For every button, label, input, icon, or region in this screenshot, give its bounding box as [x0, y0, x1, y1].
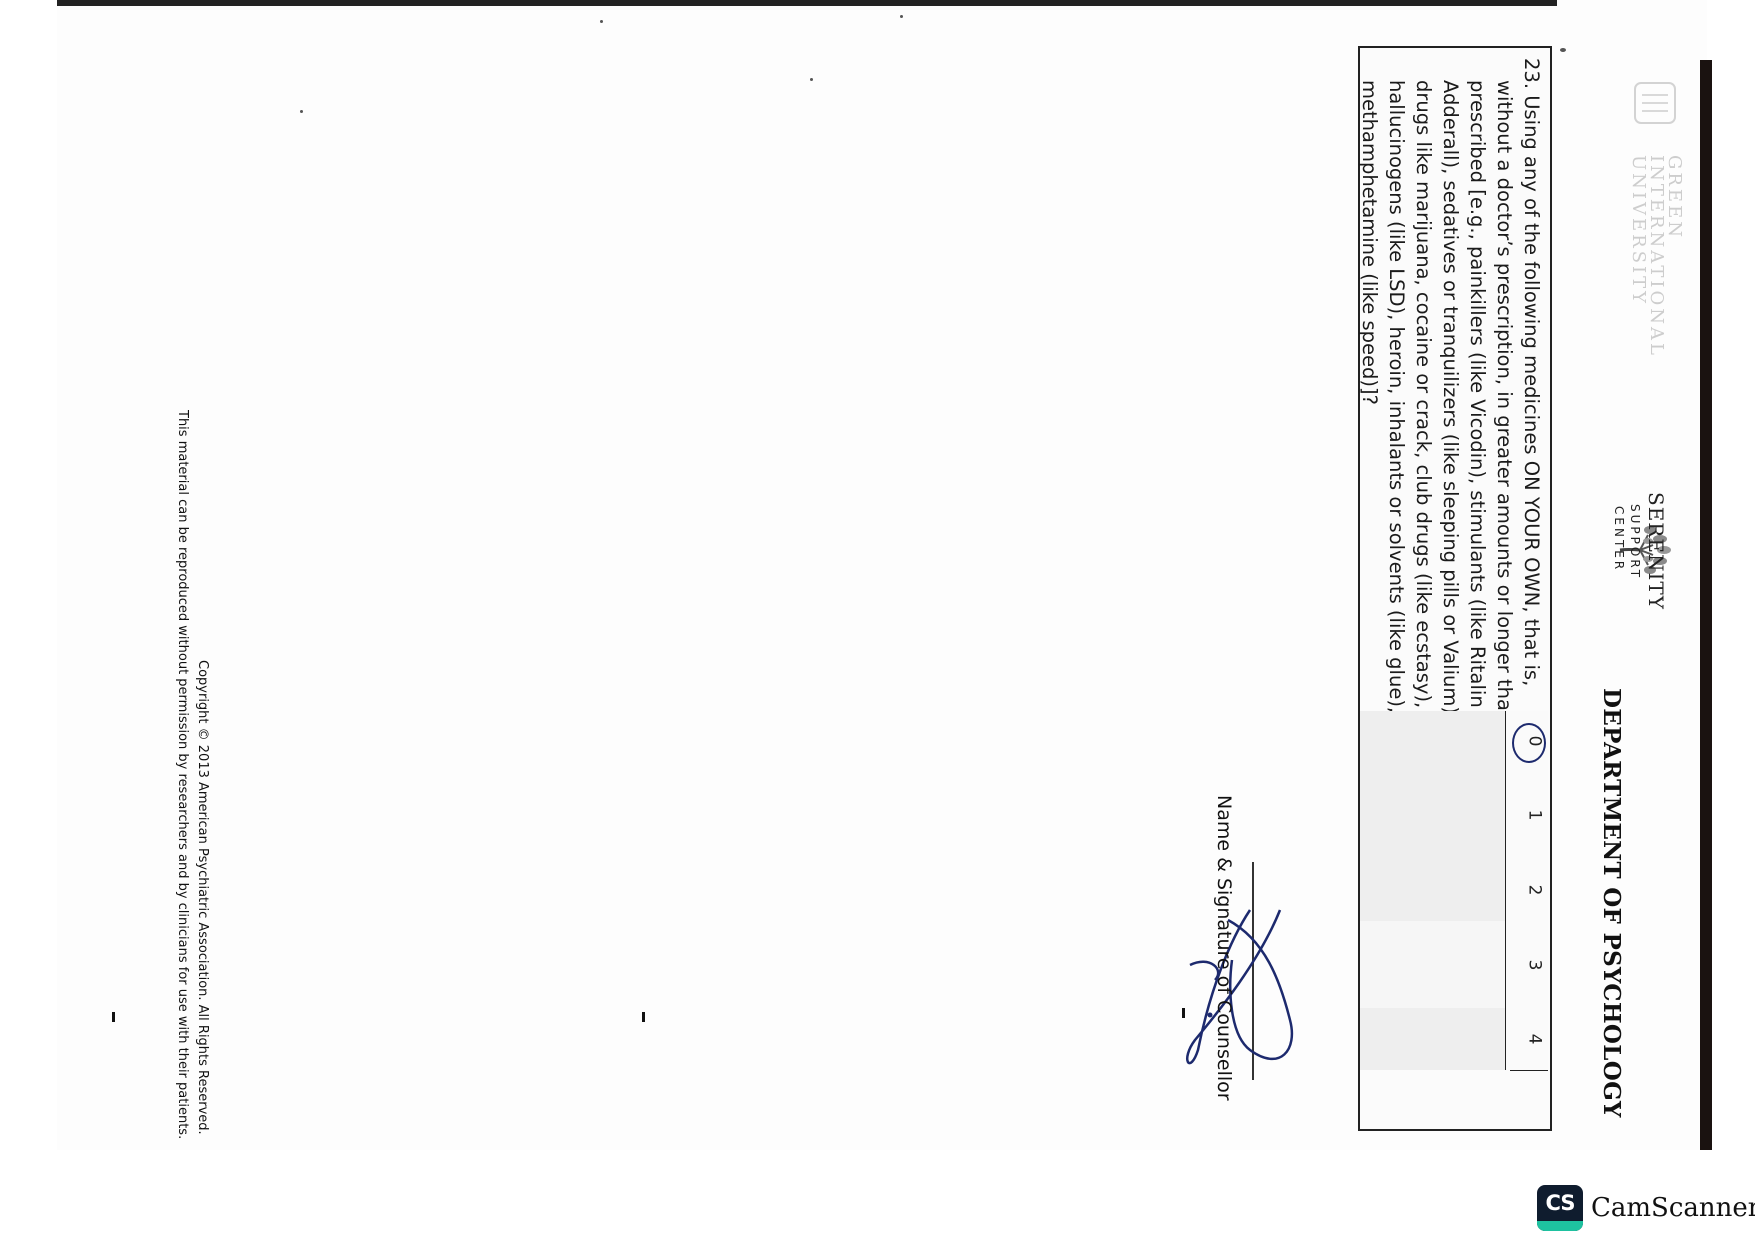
scan-speck: [600, 20, 603, 23]
score-header-1: 1: [1505, 771, 1548, 859]
center-logo-line2: SUPPORT: [1628, 504, 1642, 580]
question-text: 23. Using any of the following medicines…: [1356, 58, 1545, 698]
scan-mark: [112, 1012, 115, 1022]
scan-mark: [642, 1012, 645, 1022]
signature-label: Name & Signature of Counsellor: [1213, 795, 1235, 1101]
question-number: 23.: [1520, 58, 1543, 89]
scan-speck: [1560, 48, 1566, 52]
question-line-4: Adderall), sedatives or tranquilizers (l…: [1437, 58, 1464, 698]
copyright-line-2: This material can be reproduced without …: [175, 410, 190, 1139]
camscanner-logo-icon: CS: [1537, 1185, 1583, 1231]
question-line-7: methamphetamine (like speed)]?: [1356, 58, 1383, 698]
score-label-2: 2: [1525, 885, 1545, 896]
scanned-page: GREEN INTERNATIONAL UNIVERSITY SERENITY …: [0, 0, 1755, 1240]
camscanner-badge-text: CS: [1537, 1191, 1583, 1215]
scan-edge-shadow-right: [1700, 60, 1712, 1150]
score-label-1: 1: [1525, 810, 1545, 821]
score-label-3: 3: [1525, 959, 1545, 970]
university-name-line1: GREEN: [1664, 155, 1685, 240]
score-cell-0[interactable]: 0: [1360, 711, 1548, 772]
university-name-line3: UNIVERSITY: [1628, 155, 1649, 306]
university-emblem-icon: [1630, 75, 1680, 135]
camscanner-badge-band: [1537, 1221, 1583, 1231]
score-header-0: 0: [1505, 711, 1548, 771]
scan-mark: [1182, 1008, 1185, 1018]
copyright-line-1: Copyright © 2013 American Psychiatric As…: [195, 660, 210, 1135]
question-line-1: 23. Using any of the following medicines…: [1518, 58, 1545, 698]
score-header-3: 3: [1505, 921, 1548, 1008]
scan-edge-shadow: [57, 0, 1557, 6]
camscanner-name: CamScanner: [1591, 1193, 1755, 1223]
question-line-6: hallucinogens (like LSD), heroin, inhala…: [1383, 58, 1410, 698]
empty-cell: [1360, 1070, 1510, 1128]
question-table: 23. Using any of the following medicines…: [1358, 46, 1552, 1131]
score-cell-3[interactable]: 3: [1360, 921, 1548, 1009]
score-cell-4[interactable]: 4: [1360, 1008, 1548, 1071]
scan-speck: [810, 78, 813, 81]
university-logo: GREEN INTERNATIONAL UNIVERSITY: [1625, 75, 1685, 355]
camscanner-watermark: CS CamScanner: [1537, 1183, 1755, 1233]
center-logo-line3: CENTER: [1612, 506, 1626, 572]
question-cell: 23. Using any of the following medicines…: [1360, 46, 1548, 713]
score-cell-1[interactable]: 1: [1360, 771, 1548, 860]
center-logo: SERENITY SUPPORT CENTER: [1560, 492, 1680, 612]
score-cell-2[interactable]: 2: [1360, 859, 1548, 922]
question-line-2: without a doctor’s prescription, in grea…: [1491, 58, 1518, 698]
university-name: GREEN INTERNATIONAL UNIVERSITY: [1629, 155, 1683, 358]
university-name-line2: INTERNATIONAL: [1646, 155, 1667, 358]
center-logo-name: SERENITY: [1644, 492, 1668, 610]
scan-speck: [300, 110, 303, 113]
question-line-text: Using any of the following medicines ON …: [1520, 95, 1543, 686]
question-line-3: prescribed [e.g., painkillers (like Vico…: [1464, 58, 1491, 698]
score-header-2: 2: [1505, 859, 1548, 921]
score-header-4: 4: [1505, 1008, 1548, 1070]
scan-speck: [900, 15, 903, 18]
score-label-4: 4: [1525, 1034, 1545, 1045]
question-line-5: drugs like marijuana, cocaine or crack, …: [1410, 58, 1437, 698]
selected-score-circle: [1512, 723, 1546, 763]
department-title: DEPARTMENT OF PSYCHOLOGY: [1598, 688, 1625, 1118]
handwritten-signature: [1170, 900, 1300, 1080]
